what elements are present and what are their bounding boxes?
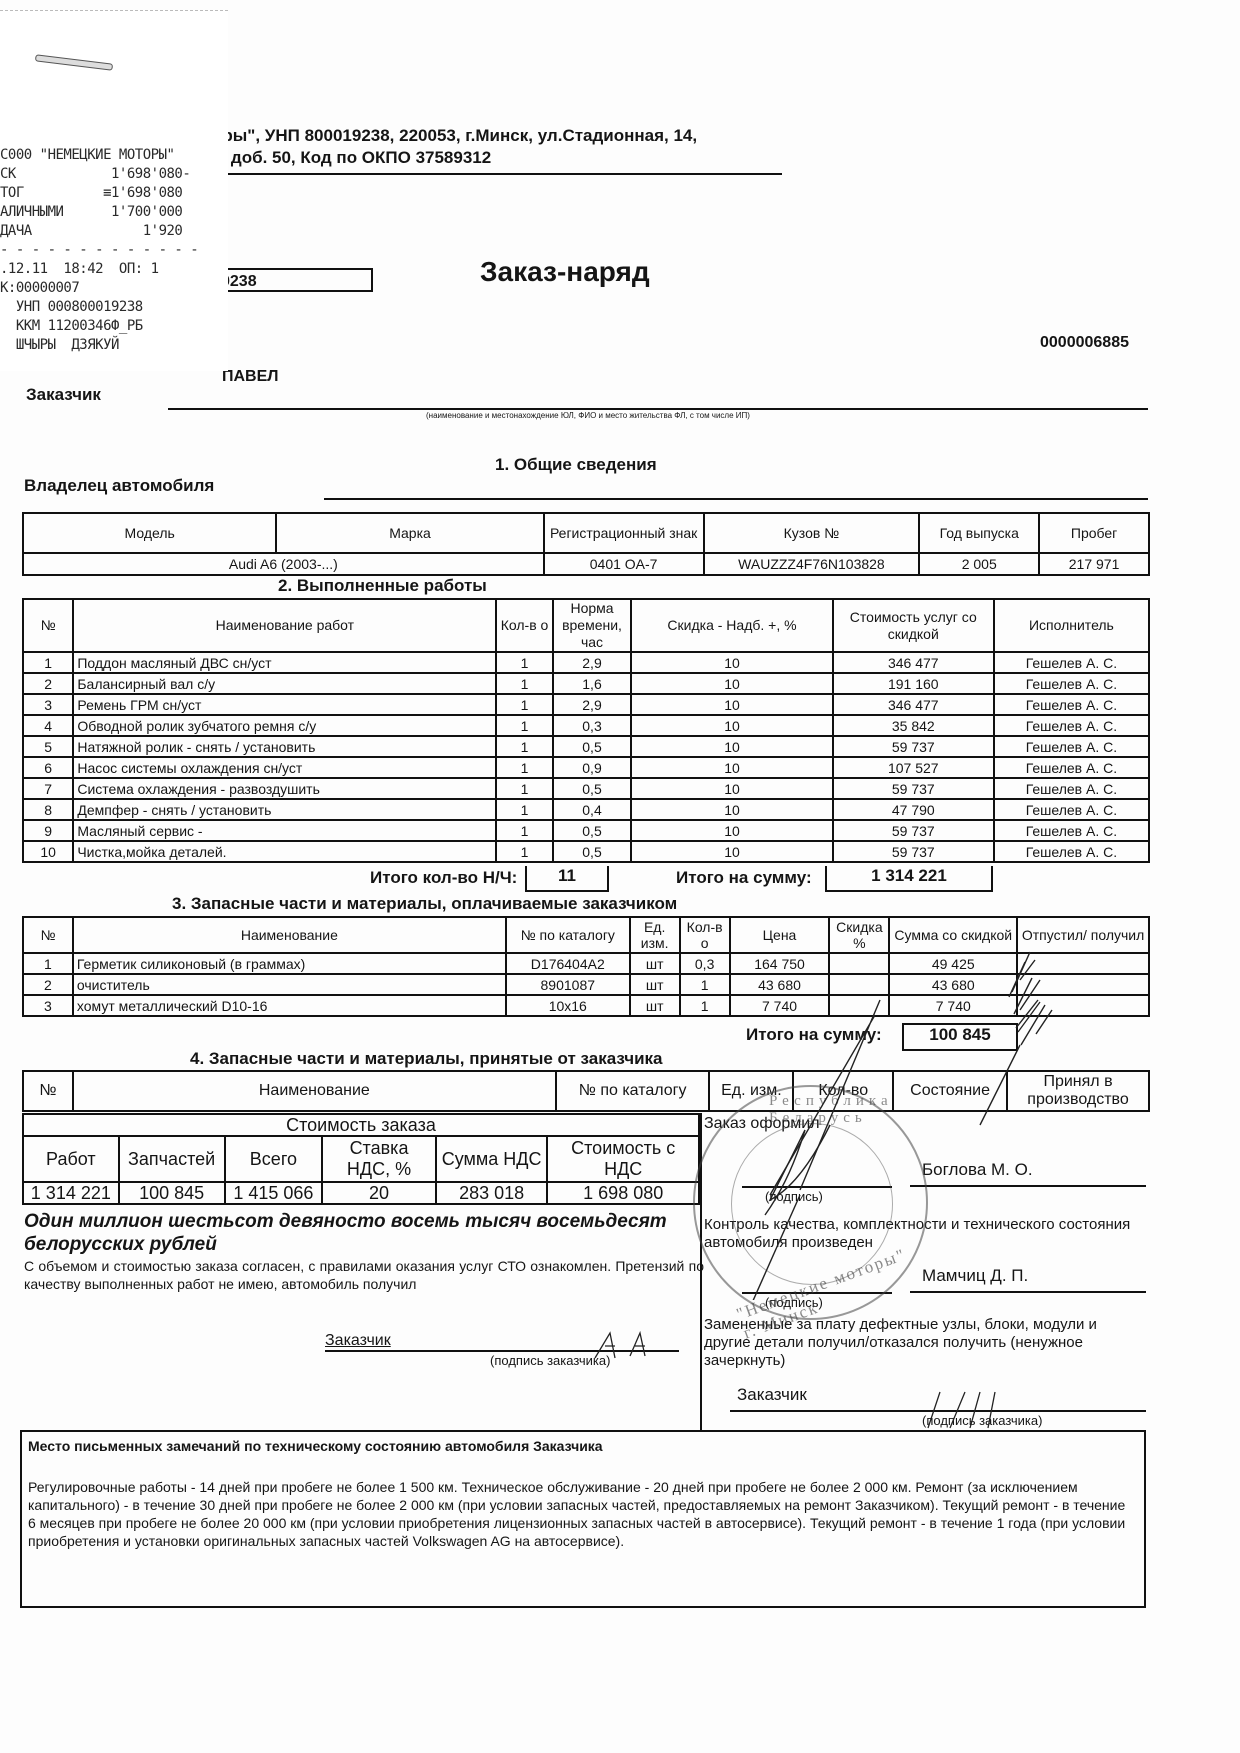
part-name: Герметик силиконовый (в граммах)	[73, 953, 506, 974]
section3-title: 3. Запасные части и материалы, оплачивае…	[172, 894, 677, 914]
remarks-title: Место письменных замечаний по техническо…	[28, 1438, 603, 1454]
row-num: 1	[23, 953, 73, 974]
works-cost: 1 314 221	[23, 1182, 119, 1204]
work-name: Поддон масляный ДВС сн/уст	[73, 652, 496, 673]
col-parts: Запчастей	[119, 1136, 225, 1182]
org-underline	[212, 173, 782, 175]
work-name: Насос системы охлаждения сн/уст	[73, 757, 496, 778]
owner-underline	[324, 498, 1148, 500]
col-name: Наименование	[73, 1071, 556, 1111]
customer-label: Заказчик	[26, 385, 101, 405]
work-cost: 346 477	[833, 694, 994, 715]
part-discount	[829, 995, 889, 1016]
col-num: №	[23, 1071, 73, 1111]
work-cost: 59 737	[833, 820, 994, 841]
col-worker: Исполнитель	[994, 599, 1149, 652]
work-hours: 0,5	[553, 778, 632, 799]
col-total: Всего	[225, 1136, 323, 1182]
issued-name-line	[910, 1185, 1146, 1187]
row-num: 9	[23, 820, 73, 841]
work-name: Натяжной ролик - снять / установить	[73, 736, 496, 757]
right-customer-caption: (подпись заказчика)	[922, 1413, 1042, 1428]
work-worker: Гешелев А. С.	[994, 820, 1149, 841]
work-qty: 1	[496, 715, 552, 736]
work-name: Ремень ГРМ сн/уст	[73, 694, 496, 715]
work-row: 5Натяжной ролик - снять / установить10,5…	[23, 736, 1149, 757]
part-sum: 49 425	[889, 953, 1017, 974]
col-discount: Скидка - Надб. +, %	[631, 599, 832, 652]
col-mileage: Пробег	[1039, 513, 1149, 553]
work-hours: 0,5	[553, 841, 632, 862]
document-title: Заказ-наряд	[480, 256, 650, 288]
work-hours: 1,6	[553, 673, 632, 694]
row-num: 6	[23, 757, 73, 778]
section2-title: 2. Выполненные работы	[278, 576, 487, 596]
issued-sign-line	[742, 1186, 892, 1188]
customer-underline	[168, 408, 1148, 410]
order-cost-table: Стоимость заказа Работ Запчастей Всего С…	[22, 1113, 700, 1205]
work-cost: 59 737	[833, 841, 994, 862]
right-customer-line	[730, 1410, 1146, 1412]
work-hours: 0,5	[553, 820, 632, 841]
parts-total-sum: 100 845	[902, 1023, 1018, 1051]
part-signature	[1017, 953, 1149, 974]
work-hours: 0,3	[553, 715, 632, 736]
work-row: 3Ремень ГРМ сн/уст12,910346 477Гешелев А…	[23, 694, 1149, 715]
customer-caption: (наименование и местонахождение ЮЛ, ФИО …	[426, 411, 750, 420]
work-discount: 10	[631, 820, 832, 841]
year-value: 2 005	[919, 553, 1039, 575]
col-issued-received: Отпустил/ получил	[1017, 917, 1149, 953]
qc-sign-line	[742, 1292, 892, 1294]
staple-icon	[35, 54, 113, 70]
row-num: 2	[23, 673, 73, 694]
customer-sign-line	[325, 1350, 679, 1352]
col-catalog: № по каталогу	[506, 917, 630, 953]
work-hours: 2,9	[553, 652, 632, 673]
work-name: Масляный сервис -	[73, 820, 496, 841]
work-cost: 107 527	[833, 757, 994, 778]
work-worker: Гешелев А. С.	[994, 799, 1149, 820]
section4-title: 4. Запасные части и материалы, принятые …	[190, 1049, 663, 1069]
section1-title: 1. Общие сведения	[495, 455, 657, 475]
work-discount: 10	[631, 799, 832, 820]
work-hours: 2,9	[553, 694, 632, 715]
col-model: Модель	[23, 513, 276, 553]
part-unit: шт	[630, 953, 680, 974]
col-works: Работ	[23, 1136, 119, 1182]
col-unit: Ед. изм.	[630, 917, 680, 953]
work-discount: 10	[631, 841, 832, 862]
part-signature	[1017, 995, 1149, 1016]
part-row: 2очиститель8901087шт143 68043 680	[23, 974, 1149, 995]
vat-rate: 20	[322, 1182, 436, 1204]
part-price: 43 680	[730, 974, 830, 995]
work-discount: 10	[631, 694, 832, 715]
vin-value: WAUZZZ4F76N103828	[704, 553, 920, 575]
work-discount: 10	[631, 715, 832, 736]
part-discount	[829, 974, 889, 995]
work-cost: 59 737	[833, 736, 994, 757]
col-year: Год выпуска	[919, 513, 1039, 553]
part-unit: шт	[630, 995, 680, 1016]
col-qty: Кол-во	[793, 1071, 893, 1111]
work-name: Обводной ролик зубчатого ремня с/у	[73, 715, 496, 736]
part-qty: 0,3	[680, 953, 730, 974]
total-hours-label: Итого кол-во Н/Ч:	[370, 868, 517, 888]
right-customer-label: Заказчик	[737, 1385, 807, 1405]
work-worker: Гешелев А. С.	[994, 841, 1149, 862]
parts-total-label: Итого на сумму:	[746, 1025, 882, 1045]
work-row: 4Обводной ролик зубчатого ремня с/у10,31…	[23, 715, 1149, 736]
part-qty: 1	[680, 974, 730, 995]
part-name: хомут металлический D10-16	[73, 995, 506, 1016]
works-total-sum: 1 314 221	[825, 866, 993, 892]
qc-text: Контроль качества, комплектности и техни…	[704, 1216, 1144, 1252]
row-num: 3	[23, 995, 73, 1016]
col-num: №	[23, 917, 73, 953]
work-cost: 346 477	[833, 652, 994, 673]
work-row: 9Масляный сервис -10,51059 737Гешелев А.…	[23, 820, 1149, 841]
col-name: Наименование	[73, 917, 506, 953]
owner-label: Владелец автомобиля	[24, 476, 214, 496]
work-row: 8Демпфер - снять / установить10,41047 79…	[23, 799, 1149, 820]
row-num: 5	[23, 736, 73, 757]
col-sum: Сумма со скидкой	[889, 917, 1017, 953]
part-discount	[829, 953, 889, 974]
col-accepted: Принял в производство	[1007, 1071, 1149, 1111]
part-catalog: 8901087	[506, 974, 630, 995]
col-total-with-vat: Стоимость с НДС	[547, 1136, 699, 1182]
work-row: 2Балансирный вал с/у11,610191 160Гешелев…	[23, 673, 1149, 694]
total-sum-label: Итого на сумму:	[676, 868, 812, 888]
remarks-box: Место письменных замечаний по техническо…	[20, 1430, 1146, 1608]
receipt-text: С000 "НЕМЕЦКИЕ МОТОРЫ" СК 1'698'080- ТОГ…	[0, 146, 198, 355]
work-row: 10Чистка,мойка деталей.10,51059 737Гешел…	[23, 841, 1149, 862]
part-sum: 7 740	[889, 995, 1017, 1016]
work-qty: 1	[496, 820, 552, 841]
col-catalog: № по каталогу	[556, 1071, 710, 1111]
part-row: 1Герметик силиконовый (в граммах)D176404…	[23, 953, 1149, 974]
work-qty: 1	[496, 652, 552, 673]
part-qty: 1	[680, 995, 730, 1016]
work-qty: 1	[496, 799, 552, 820]
vat-sum: 283 018	[436, 1182, 548, 1204]
parts-paid-table: № Наименование № по каталогу Ед. изм. Ко…	[22, 916, 1150, 1017]
work-worker: Гешелев А. С.	[994, 715, 1149, 736]
work-cost: 59 737	[833, 778, 994, 799]
work-worker: Гешелев А. С.	[994, 778, 1149, 799]
vehicle-info-table: Модель Марка Регистрационный знак Кузов …	[22, 512, 1150, 576]
works-table: № Наименование работ Кол-в о Норма време…	[22, 598, 1150, 863]
customer-name: ПАВЕЛ	[222, 368, 279, 386]
total-cost: 1 415 066	[225, 1182, 323, 1204]
total-hours-value: 11	[525, 866, 609, 892]
col-work-name: Наименование работ	[73, 599, 496, 652]
part-price: 164 750	[730, 953, 830, 974]
work-worker: Гешелев А. С.	[994, 757, 1149, 778]
cash-receipt: С000 "НЕМЕЦКИЕ МОТОРЫ" СК 1'698'080- ТОГ…	[0, 10, 228, 371]
part-price: 7 740	[730, 995, 830, 1016]
work-worker: Гешелев А. С.	[994, 652, 1149, 673]
work-qty: 1	[496, 673, 552, 694]
col-vat-rate: Ставка НДС, %	[322, 1136, 436, 1182]
right-block-divider	[700, 1113, 702, 1431]
row-num: 3	[23, 694, 73, 715]
row-num: 7	[23, 778, 73, 799]
order-cost-title: Стоимость заказа	[23, 1114, 699, 1136]
col-qty: Кол-в о	[680, 917, 730, 953]
amount-in-words: Один миллион шестьсот девяносто восемь т…	[24, 1210, 704, 1256]
model-brand-value: Audi A6 (2003-...)	[23, 553, 544, 575]
part-sum: 43 680	[889, 974, 1017, 995]
total-with-vat: 1 698 080	[547, 1182, 699, 1204]
qc-by-name: Мамчиц Д. П.	[922, 1266, 1028, 1286]
agreement-text: С объемом и стоимостью заказа согласен, …	[24, 1257, 704, 1293]
col-qty: Кол-в о	[496, 599, 552, 652]
work-name: Балансирный вал с/у	[73, 673, 496, 694]
row-num: 1	[23, 652, 73, 673]
part-unit: шт	[630, 974, 680, 995]
stamp-inner-ring	[731, 1123, 893, 1285]
issued-sign-caption: (подпись)	[765, 1189, 823, 1204]
col-condition: Состояние	[893, 1071, 1007, 1111]
col-vat-sum: Сумма НДС	[436, 1136, 548, 1182]
work-discount: 10	[631, 652, 832, 673]
work-cost: 47 790	[833, 799, 994, 820]
work-discount: 10	[631, 757, 832, 778]
row-num: 8	[23, 799, 73, 820]
part-catalog: 10x16	[506, 995, 630, 1016]
work-row: 6Насос системы охлаждения сн/уст10,91010…	[23, 757, 1149, 778]
issued-label: Заказ оформил	[704, 1115, 820, 1133]
col-num: №	[23, 599, 73, 652]
col-reg-plate: Регистрационный знак	[544, 513, 704, 553]
col-price: Цена	[730, 917, 830, 953]
work-row: 7Система охлаждения - развоздушить10,510…	[23, 778, 1149, 799]
work-qty: 1	[496, 841, 552, 862]
work-discount: 10	[631, 778, 832, 799]
work-row: 1Поддон масляный ДВС сн/уст12,910346 477…	[23, 652, 1149, 673]
replaced-parts-text: Замененные за плату дефектные узлы, блок…	[704, 1316, 1144, 1370]
org-line-2: 0, доб. 50, Код по ОКПО 37589312	[212, 148, 491, 168]
org-line-1: оры", УНП 800019238, 220053, г.Минск, ул…	[212, 126, 697, 146]
work-name: Демпфер - снять / установить	[73, 799, 496, 820]
work-qty: 1	[496, 757, 552, 778]
work-name: Система охлаждения - развоздушить	[73, 778, 496, 799]
col-vin: Кузов №	[704, 513, 920, 553]
part-name: очиститель	[73, 974, 506, 995]
work-hours: 0,9	[553, 757, 632, 778]
part-row: 3хомут металлический D10-1610x16шт17 740…	[23, 995, 1149, 1016]
work-name: Чистка,мойка деталей.	[73, 841, 496, 862]
work-cost: 35 842	[833, 715, 994, 736]
work-qty: 1	[496, 694, 552, 715]
issued-by-name: Боглова М. О.	[922, 1160, 1033, 1180]
part-signature	[1017, 974, 1149, 995]
work-worker: Гешелев А. С.	[994, 673, 1149, 694]
customer-sign-caption: (подпись заказчика)	[490, 1353, 610, 1368]
reg-plate-value: 0401 OA-7	[544, 553, 704, 575]
col-norm-hours: Норма времени, час	[553, 599, 632, 652]
work-hours: 0,5	[553, 736, 632, 757]
document-number: 0000006885	[1040, 334, 1129, 352]
work-hours: 0,4	[553, 799, 632, 820]
mileage-value: 217 971	[1039, 553, 1149, 575]
col-unit: Ед. изм.	[709, 1071, 793, 1111]
parts-from-customer-table: № Наименование № по каталогу Ед. изм. Ко…	[22, 1070, 1150, 1112]
row-num: 2	[23, 974, 73, 995]
col-brand: Марка	[276, 513, 543, 553]
warranty-terms: Регулировочные работы - 14 дней при проб…	[28, 1478, 1128, 1550]
col-cost: Стоимость услуг со скидкой	[833, 599, 994, 652]
work-cost: 191 160	[833, 673, 994, 694]
qc-name-line	[910, 1291, 1146, 1293]
work-discount: 10	[631, 673, 832, 694]
row-num: 4	[23, 715, 73, 736]
work-qty: 1	[496, 778, 552, 799]
work-worker: Гешелев А. С.	[994, 694, 1149, 715]
row-num: 10	[23, 841, 73, 862]
col-discount: Скидка %	[829, 917, 889, 953]
qc-sign-caption: (подпись)	[765, 1295, 823, 1310]
work-worker: Гешелев А. С.	[994, 736, 1149, 757]
work-qty: 1	[496, 736, 552, 757]
work-discount: 10	[631, 736, 832, 757]
part-catalog: D176404A2	[506, 953, 630, 974]
parts-cost: 100 845	[119, 1182, 225, 1204]
customer-sign-label: Заказчик	[325, 1332, 391, 1350]
